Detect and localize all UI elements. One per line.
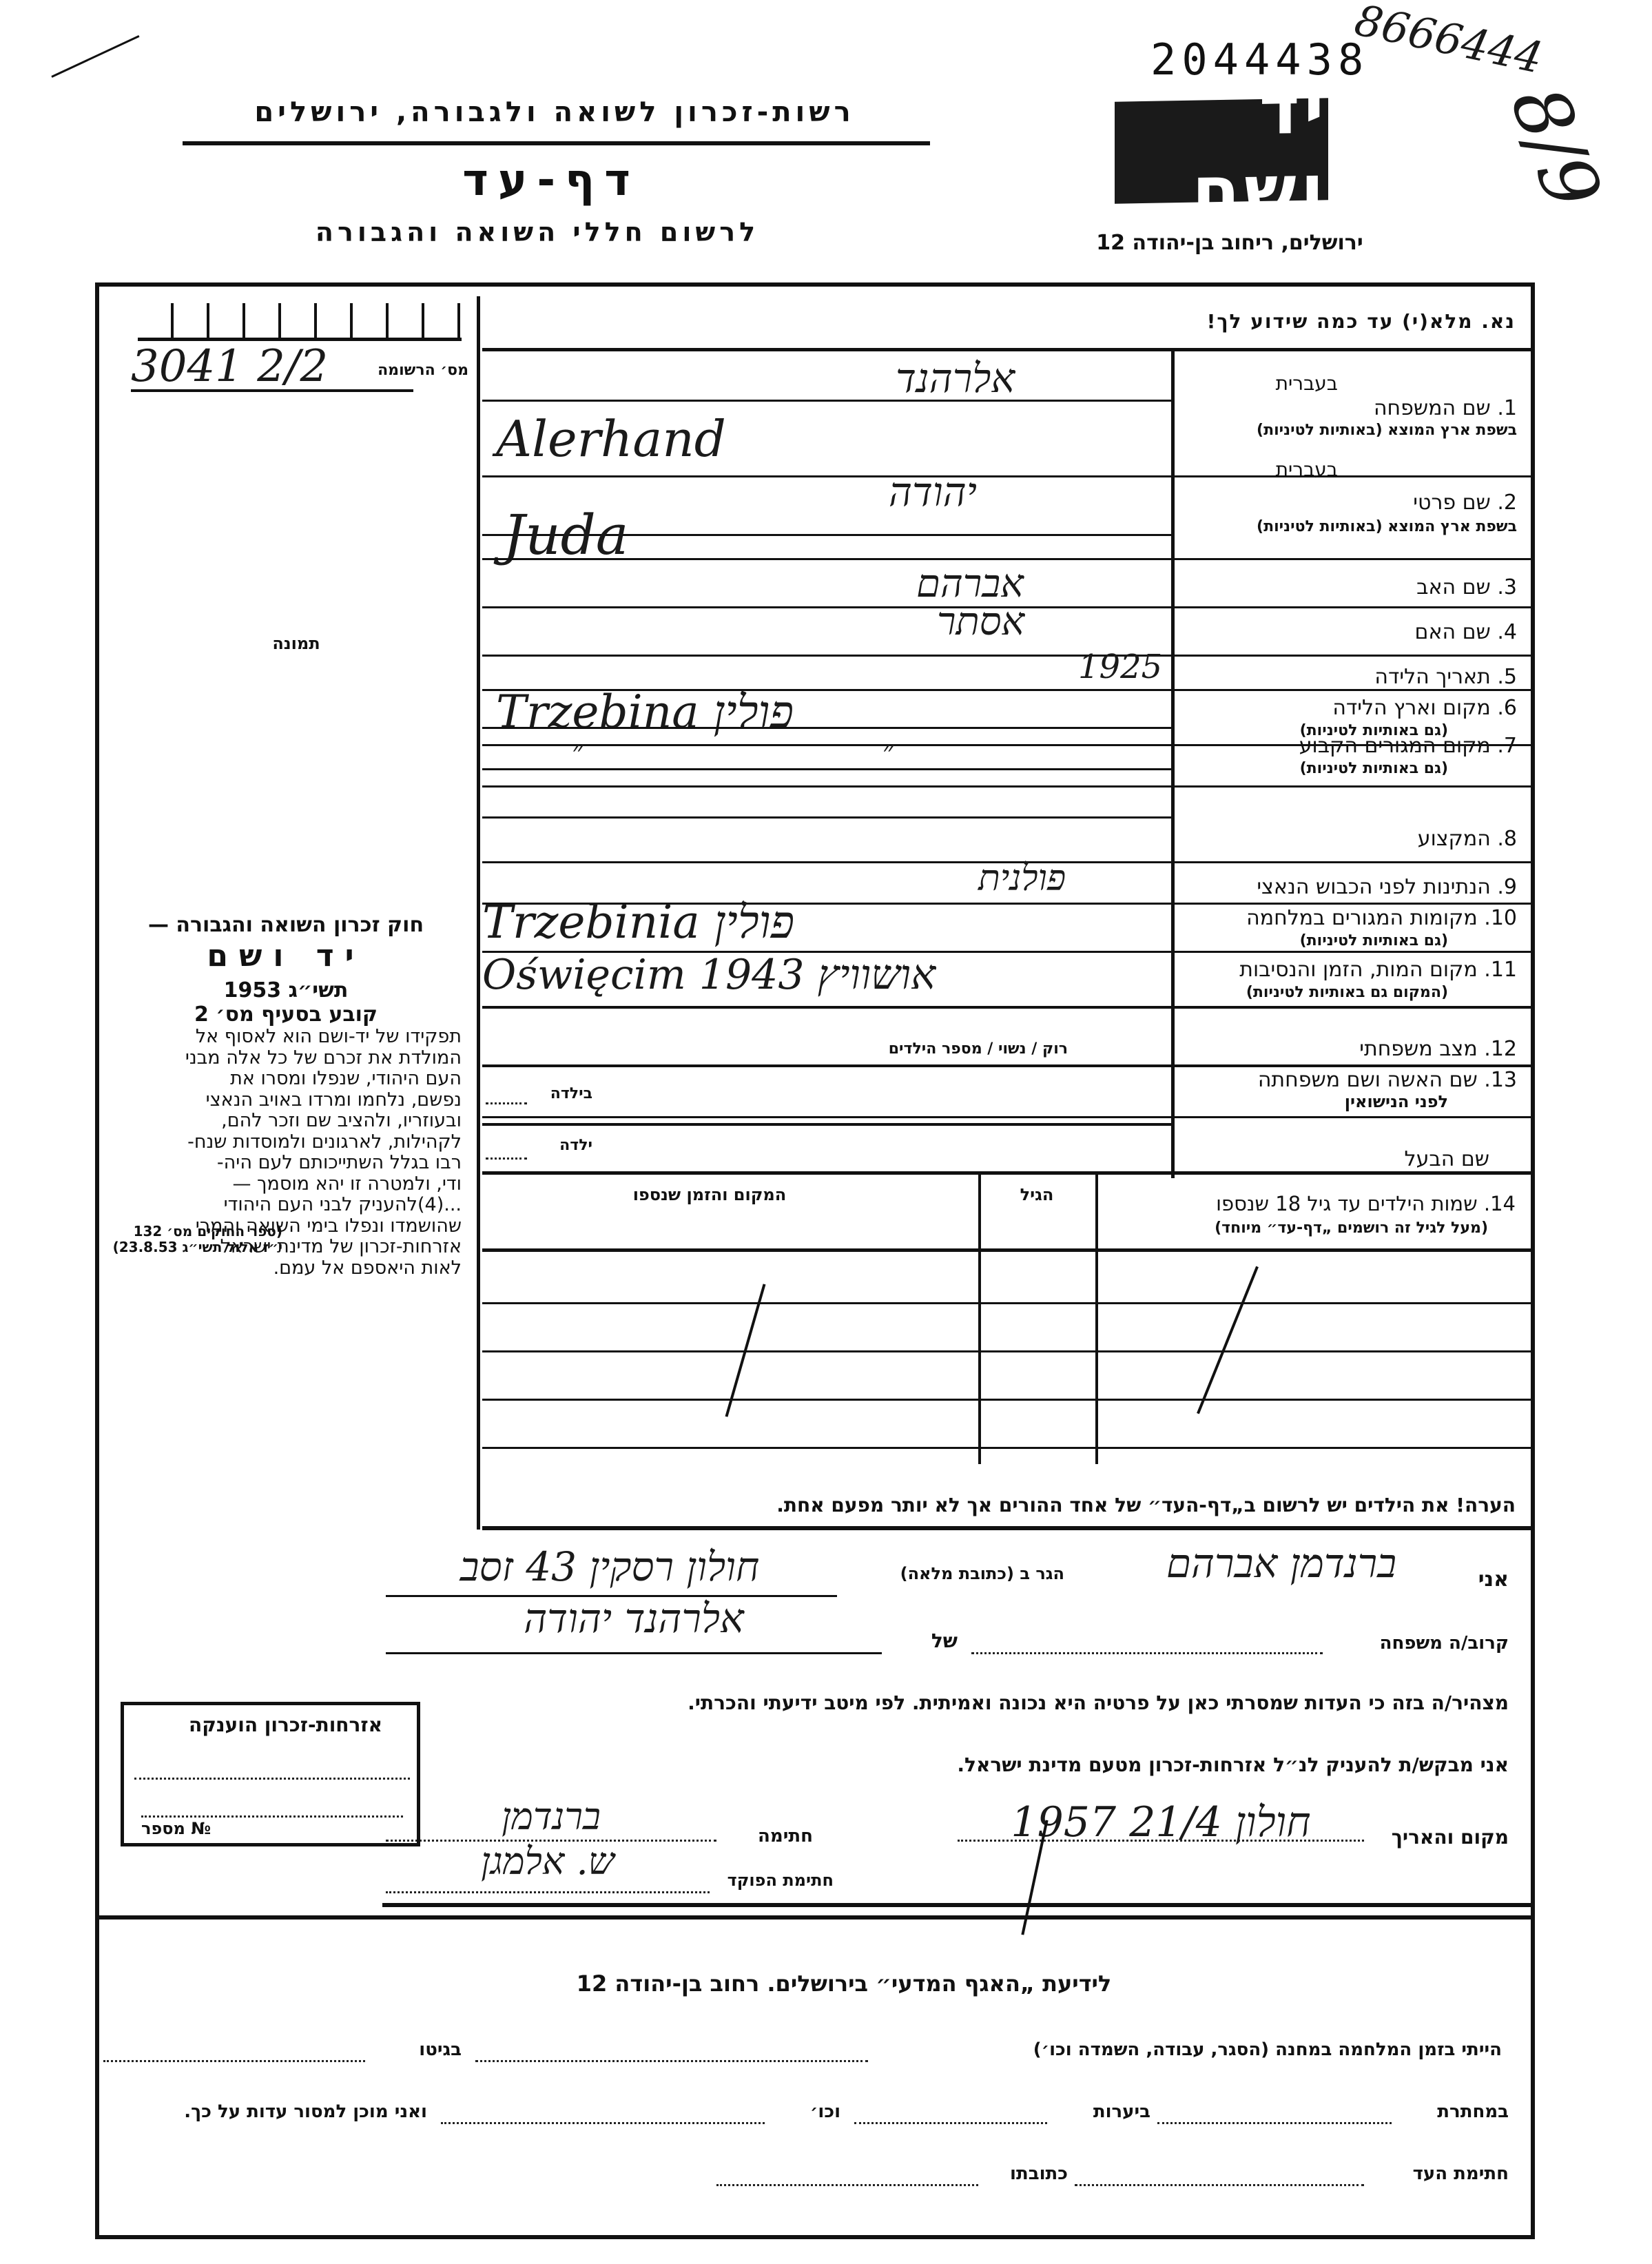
footer-ghetto-line[interactable]	[103, 2060, 365, 2062]
field-7-label: 7. מקום המגורים הקבוע	[1179, 734, 1517, 758]
citizenship-line[interactable]	[141, 1815, 403, 1818]
archive-number-handwritten: 8666444	[1350, 0, 1547, 83]
footer-line3-label: חתימת העד	[1378, 2163, 1509, 2184]
field-9-value[interactable]: פולנית	[978, 858, 1066, 899]
of-label: של	[916, 1629, 958, 1652]
children-row-divider	[482, 1399, 1533, 1401]
field-12-label: 12. מצב משפחתי	[1179, 1037, 1517, 1061]
law-line: רבו בגלל השתייכותם לעם היה-	[96, 1153, 462, 1174]
field-2-hebrew-sub: בעברית	[1179, 458, 1338, 481]
law-line: תפקידו של יד-ושם הוא לאסוף אל	[96, 1027, 462, 1048]
law-line: ובעוזריו, ולהציב שם וזכר להם,	[96, 1111, 462, 1132]
footer-underground-line[interactable]	[1157, 2122, 1392, 2124]
field-8-title: המקצוע	[1418, 827, 1491, 851]
row-divider	[482, 816, 1171, 819]
field-7-value[interactable]: ״ ״	[572, 734, 894, 769]
footer-line3-mid: כתובתו	[992, 2163, 1068, 2184]
row-divider	[482, 475, 1171, 477]
law-line: לאות היאספם אל עמם.	[96, 1258, 462, 1279]
field-2-value-hebrew[interactable]: יהודה	[889, 469, 977, 515]
field-4-num: 4.	[1497, 620, 1517, 644]
footer-line2-mid2: וכו׳	[778, 2101, 840, 2122]
field-2-latin-sub: בשפת ארץ המוצא (באותיות לטיניות)	[1179, 518, 1517, 535]
field-1-hebrew-sub: בעברית	[1179, 372, 1338, 395]
instructions: נא. מלא(י) עד כמה שידוע לך!	[1130, 310, 1516, 333]
row-divider	[482, 655, 1533, 657]
law-line: נפשם, נלחמו ומרדו באויב הנאצי	[96, 1090, 462, 1111]
law-citation-2: י״ז אלול תשי״ג 23.8.53)	[96, 1239, 282, 1255]
registry-value[interactable]: 3041 2/2	[131, 341, 328, 392]
field-11-sub: (המקום גם באותיות לטיניות)	[1179, 984, 1448, 1001]
field-2-title: שם פרטי	[1413, 491, 1491, 515]
field-10-num: 10.	[1484, 906, 1517, 930]
pen-stroke-mark	[51, 35, 139, 78]
marital-options[interactable]: רוק / נשוי / מספר הילדים	[654, 1040, 1068, 1058]
logo-text: יד ושם	[1115, 68, 1328, 233]
field-11-num: 11.	[1484, 958, 1517, 982]
witness-name[interactable]: ברנדמן אברהם	[1116, 1540, 1447, 1587]
law-title: חוק זכרון השואה והגבורה —	[103, 913, 468, 937]
signature-value[interactable]: ברנדמן	[386, 1795, 716, 1838]
born-name-label: ילדה	[530, 1137, 592, 1154]
footer-address-line[interactable]	[716, 2184, 978, 2186]
field-10-sub: (גם באותיות לטיניות)	[1179, 932, 1448, 949]
form-title: דף-עד	[344, 155, 758, 206]
number-symbol: №	[191, 1819, 211, 1838]
field-11-title: מקום המות, הזמן והנסיבות	[1239, 958, 1477, 982]
law-line: ...(4)להעניק לבני העם היהודי	[96, 1195, 462, 1216]
place-date-label: מקום והאריך	[1371, 1826, 1509, 1849]
field-1-value-hebrew[interactable]: אלרהנד	[896, 355, 1015, 402]
col-age: הגיל	[985, 1185, 1088, 1204]
footer-title: לידיעת „האגף המדעי״ בירושלים. רחוב בן-יה…	[482, 1970, 1206, 1997]
law-line: ודי, ולמטרה זו יהא מוסמך —	[96, 1174, 462, 1195]
official-signature-label: חתימת הפוקד	[716, 1871, 834, 1890]
field-2-num: 2.	[1497, 491, 1517, 515]
registry-underline	[131, 389, 413, 392]
footer-etc-line[interactable]	[441, 2122, 765, 2124]
resident-label: הגר ב (כתובת מלאה)	[844, 1564, 1064, 1583]
instructions-divider	[482, 348, 1533, 351]
field-9-label: 9. הנתינות לפני הכבוש הנאצי	[1179, 875, 1517, 899]
field-7-num: 7.	[1497, 734, 1517, 758]
number-label: מספר	[141, 1819, 185, 1838]
note-divider	[482, 1526, 1533, 1530]
children-row-divider	[482, 1302, 1533, 1304]
field-4-value[interactable]: אסתר	[937, 599, 1024, 644]
field-6-num: 6.	[1497, 696, 1517, 720]
relation-label: קרוב/ה משפחה	[1336, 1633, 1509, 1654]
citizenship-line[interactable]	[134, 1778, 410, 1780]
field-6-value[interactable]: Trzebina פולין	[496, 686, 794, 739]
law-name: יד ושם	[103, 938, 468, 974]
children-title: 14. שמות הילדים עד גיל 18 שנספו	[1102, 1192, 1516, 1215]
deceased-name[interactable]: אלרהנד יהודה	[386, 1595, 882, 1642]
witness-address[interactable]: חולון רסקין 43 זסב	[382, 1543, 837, 1590]
citizenship-box: אזרחות-זכרון הוענקה № מספר	[121, 1702, 420, 1846]
registry-label: מס׳ הרשומה	[344, 362, 468, 379]
yad-vashem-logo: יד ושם	[1115, 98, 1328, 203]
field-7-title: מקום המגורים הקבוע	[1299, 734, 1491, 758]
children-col-divider	[978, 1175, 981, 1464]
field-7-sub: (גם באותיות לטיניות)	[1179, 760, 1448, 777]
header-divider	[183, 141, 930, 145]
field-10-label: 10. מקומות המגורים במלחמה	[1179, 906, 1517, 930]
field-1-latin-sub: בשפת ארץ המוצא (באותיות לטיניות)	[1179, 422, 1517, 439]
law-section: קובע בסעיף מס׳ 2	[103, 1002, 468, 1027]
note: הערה! את הילדים יש לרשום ב„דף-העד״ של אח…	[482, 1494, 1516, 1516]
field-1-num: 1.	[1497, 396, 1517, 420]
field-5-title: תאריך הלידה	[1374, 665, 1490, 689]
row-divider	[482, 1064, 1533, 1067]
field-2-label: 2. שם פרטי	[1179, 491, 1517, 515]
field-3-label: 3. שם האב	[1179, 575, 1517, 599]
section-divider	[95, 1915, 1535, 1920]
row-divider	[482, 727, 1171, 729]
field-8-label: 8. המקצוע	[1179, 827, 1517, 851]
law-line: העם היהודי, שנפלו ומסרו את	[96, 1069, 462, 1090]
field-6-label: 6. מקום וארץ הלידה	[1179, 696, 1517, 720]
field-6-title: מקום וארץ הלידה	[1332, 696, 1491, 720]
field-9-title: הנתינות לפני הכבוש הנאצי	[1257, 875, 1490, 899]
form-subtitle: לרשום חללי השואה והגבורה	[227, 217, 847, 247]
decl-ani: אני	[1454, 1567, 1509, 1592]
deceased-underline	[386, 1652, 882, 1654]
footer-line2-mid1: ביערות	[1061, 2101, 1150, 2122]
field-1-label: 1. שם המשפחה	[1179, 396, 1517, 420]
children-row-divider	[482, 1447, 1533, 1449]
footer-line2-suffix: ואני מוכן למסור עדות על כך.	[103, 2101, 427, 2122]
law-year: תשי״ג 1953	[103, 978, 468, 1002]
field-1-value-latin[interactable]: Alerhand	[496, 410, 726, 468]
relation-line[interactable]	[971, 1652, 1323, 1654]
field-3-title: שם האב	[1416, 575, 1491, 599]
footer-camp-line[interactable]	[475, 2060, 868, 2062]
citizenship-title: אזרחות-זכרון הוענקה	[189, 1714, 382, 1736]
corner-marks: 8/9	[1494, 75, 1618, 220]
field-5-label: 5. תאריך הלידה	[1179, 665, 1517, 689]
field-4-title: שם האם	[1415, 620, 1491, 644]
left-panel-divider	[477, 296, 480, 1530]
field-10-value[interactable]: Trzebinia פולין	[482, 896, 794, 949]
section-divider	[382, 1903, 1533, 1907]
official-signature-line	[386, 1891, 710, 1893]
children-subtitle: (מעל לגיל זה רושמים „דף-עד״ מיוחד)	[1102, 1220, 1488, 1237]
footer-forests-line[interactable]	[854, 2122, 1047, 2124]
children-header-divider	[482, 1248, 1533, 1252]
field-9-num: 9.	[1497, 875, 1517, 899]
field-10-title: מקומות המגורים במלחמה	[1246, 906, 1478, 930]
ruler-ticks	[138, 303, 462, 341]
field-3-num: 3.	[1497, 575, 1517, 599]
row-divider	[482, 1116, 1533, 1118]
field-13-label: 13. שם האשה ושם משפחתה	[1179, 1068, 1517, 1092]
field-5-num: 5.	[1497, 665, 1517, 689]
footer-witness-signature-line[interactable]	[1075, 2184, 1364, 2186]
row-divider	[482, 558, 1533, 560]
field-13-sub: לפני הנישואין	[1179, 1092, 1448, 1111]
official-signature-value[interactable]: ש. אלמגן	[386, 1840, 710, 1883]
field-12-title: מצב משפחתי	[1359, 1037, 1477, 1061]
row-divider	[482, 768, 1171, 770]
field-8-num: 8.	[1497, 827, 1517, 851]
row-divider	[482, 1171, 1533, 1175]
field-5-value[interactable]: 1925	[1078, 648, 1162, 686]
row-divider	[482, 785, 1533, 788]
statement: מצהיר/ה בזה כי העדות שמסרתי כאן על פרטיה…	[386, 1691, 1509, 1714]
field-12-num: 12.	[1484, 1037, 1517, 1061]
law-line: המולדת את זכרם של כל אלה מבני	[96, 1048, 462, 1069]
col-place-time: המקום והזמן שנספו	[517, 1185, 902, 1204]
field-11-value[interactable]: Oświęcim 1943 אושוויץ	[482, 951, 936, 999]
footer-line1-label: הייתי בזמן המלחמה במחנה (הסגר, עבודה, הש…	[882, 2039, 1502, 2060]
request: אני מבקש/ת להעניק לנ״ל אזרחות-זכרון מטעם…	[661, 1753, 1509, 1776]
children-col-divider	[1095, 1175, 1098, 1464]
children-row-divider	[482, 1350, 1533, 1352]
authority-name: רשות-זכרון לשואה ולגבורה, ירושלים	[189, 96, 920, 128]
signature-label: חתימה	[730, 1826, 813, 1846]
born-line[interactable]	[486, 1102, 527, 1104]
footer-line2-prefix: במחתרת	[1405, 2101, 1509, 2122]
footer-line1-suffix: בגיטו	[386, 2039, 462, 2060]
row-divider	[482, 400, 1171, 402]
law-citation-1: (ספר החוקים מס׳ 132	[96, 1223, 282, 1239]
born-label: בילדה	[530, 1085, 592, 1102]
field-13-title: שם האשה ושם משפחתה	[1258, 1068, 1478, 1092]
citizenship-number-label: № מספר	[141, 1819, 211, 1838]
field-11-label: 11. מקום המות, הזמן והנסיבות	[1179, 958, 1517, 982]
place-date-line	[958, 1840, 1364, 1842]
law-line: לקהילות, לארגונים ולמוסדות שנח-	[96, 1132, 462, 1153]
row-divider	[482, 1006, 1533, 1009]
born-name-line[interactable]	[486, 1157, 527, 1160]
husband-label: שם הבעל	[1179, 1147, 1489, 1171]
field-1-title: שם המשפחה	[1374, 396, 1491, 420]
field-13-num: 13.	[1484, 1068, 1517, 1092]
address: ירושלים, ריחוב בן-יהודה 12	[1075, 231, 1385, 255]
field-4-label: 4. שם האם	[1179, 620, 1517, 644]
row-divider	[482, 1123, 1171, 1126]
photo-label: תמונה	[227, 634, 365, 653]
